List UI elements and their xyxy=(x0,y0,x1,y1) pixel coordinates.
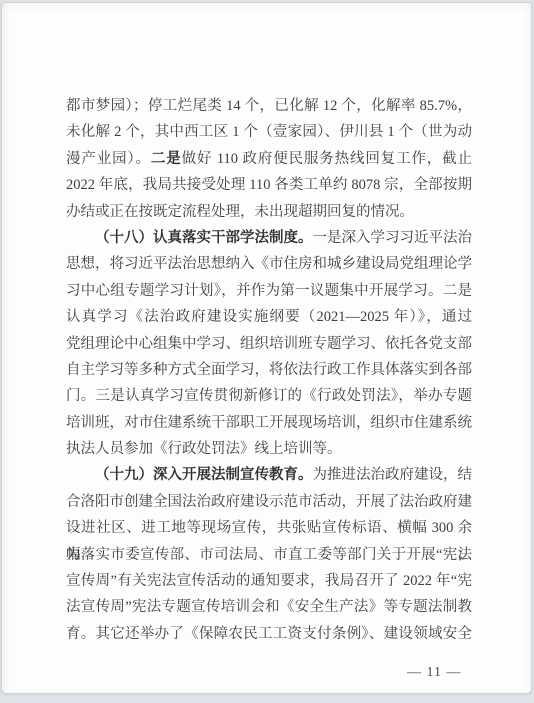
text-segment: 为落实市委宣传部、市司法局、市直工委等部门关于开展“宪法 xyxy=(66,547,472,563)
text-segment: 法宣传周”宪法专题宣传培训会和《安全生产法》等专题法制教 xyxy=(66,599,472,615)
document-line: 合洛阳市创建全国法治政府建设示范市活动，开展了法治政府建 xyxy=(66,489,472,515)
text-segment: 思想，将习近平法治思想纳入《市住房和城乡建设局党组理论学 xyxy=(66,256,472,272)
document-line: 培训班，对市住建系统干部职工开展现场培训，组织市住建系统 xyxy=(66,410,472,436)
text-segment: 育。其它还举办了《保障农民工工资支付条例》、建设领域安全 xyxy=(66,626,472,642)
text-segment: （十八）认真落实干部学法制度。 xyxy=(95,230,313,246)
document-line: （十九）深入开展法制宣传教育。为推进法治政府建设，结 xyxy=(66,462,472,488)
document-line: 育。其它还举办了《保障农民工工资支付条例》、建设领域安全 xyxy=(66,621,472,647)
document-line: 办结或正在按既定流程处理，未出现超期回复的情况。 xyxy=(66,199,472,225)
page-number: — 11 — xyxy=(407,665,461,681)
document-line: （十八）认真落实干部学法制度。一是深入学习习近平法治 xyxy=(66,225,472,251)
text-segment: 门。三是认真学习宣传贯彻新修订的《行政处罚法》，举办专题 xyxy=(66,388,472,404)
document-line: 党组理论中心组集中学习、组织培训班专题学习、依托各党支部 xyxy=(66,331,472,357)
document-line: 执法人员参加《行政处罚法》线上培训等。 xyxy=(66,436,472,462)
text-segment: 培训班，对市住建系统干部职工开展现场培训，组织市住建系统 xyxy=(66,415,472,431)
text-segment: 习中心组专题学习计划》，并作为第一议题集中开展学习。二是 xyxy=(66,283,472,299)
document-line: 设进社区、进工地等现场宣传，共张贴宣传标语、横幅 300 余幅； xyxy=(66,515,472,541)
text-segment: 二是 xyxy=(151,151,182,167)
text-segment: 执法人员参加《行政处罚法》线上培训等。 xyxy=(66,441,342,457)
text-segment: 办结或正在按既定流程处理，未出现超期回复的情况。 xyxy=(66,204,414,220)
document-text: 都市梦园）；停工烂尾类 14 个，已化解 12 个，化解率 85.7%，未化解 … xyxy=(66,93,472,647)
text-segment: 未化解 2 个，其中西工区 1 个（壹家园）、伊川县 1 个（世为动 xyxy=(66,124,472,140)
text-segment: （十九）深入开展法制宣传教育。 xyxy=(95,467,313,483)
document-line: 都市梦园）；停工烂尾类 14 个，已化解 12 个，化解率 85.7%， xyxy=(66,93,472,119)
text-segment: 党组理论中心组集中学习、组织培训班专题学习、依托各党支部 xyxy=(66,336,472,352)
text-segment: 都市梦园）；停工烂尾类 14 个，已化解 12 个，化解率 85.7%， xyxy=(66,98,472,114)
text-segment: 为推进法治政府建设，结 xyxy=(313,467,473,483)
document-line: 门。三是认真学习宣传贯彻新修订的《行政处罚法》，举办专题 xyxy=(66,383,472,409)
document-line: 法宣传周”宪法专题宣传培训会和《安全生产法》等专题法制教 xyxy=(66,594,472,620)
text-segment: 2022 年底，我局共接受处理 110 各类工单约 8078 宗，全部按期 xyxy=(66,177,472,193)
text-segment: 漫产业园）。 xyxy=(66,151,151,167)
document-line: 为落实市委宣传部、市司法局、市直工委等部门关于开展“宪法 xyxy=(66,542,472,568)
document-line: 习中心组专题学习计划》，并作为第一议题集中开展学习。二是 xyxy=(66,278,472,304)
document-line: 自主学习等多种方式全面学习，将依法行政工作具体落实到各部 xyxy=(66,357,472,383)
document-line: 2022 年底，我局共接受处理 110 各类工单约 8078 宗，全部按期 xyxy=(66,172,472,198)
document-line: 宣传周”有关宪法宣传活动的通知要求，我局召开了 2022 年“宪 xyxy=(66,568,472,594)
document-line: 未化解 2 个，其中西工区 1 个（壹家园）、伊川县 1 个（世为动 xyxy=(66,119,472,145)
text-segment: 一是深入学习习近平法治 xyxy=(313,230,473,246)
scanned-page: 都市梦园）；停工烂尾类 14 个，已化解 12 个，化解率 85.7%，未化解 … xyxy=(1,2,532,694)
text-segment: 合洛阳市创建全国法治政府建设示范市活动，开展了法治政府建 xyxy=(66,494,472,510)
text-segment: 自主学习等多种方式全面学习，将依法行政工作具体落实到各部 xyxy=(66,362,472,378)
document-line: 认真学习《法治政府建设实施纲要（2021—2025 年）》，通过 xyxy=(66,304,472,330)
text-segment: 做好 110 政府便民服务热线回复工作，截止 xyxy=(182,151,472,167)
document-line: 思想，将习近平法治思想纳入《市住房和城乡建设局党组理论学 xyxy=(66,251,472,277)
text-segment: 认真学习《法治政府建设实施纲要（2021—2025 年）》，通过 xyxy=(66,309,472,325)
text-segment: 宣传周”有关宪法宣传活动的通知要求，我局召开了 2022 年“宪 xyxy=(66,573,472,589)
document-line: 漫产业园）。二是做好 110 政府便民服务热线回复工作，截止 xyxy=(66,146,472,172)
